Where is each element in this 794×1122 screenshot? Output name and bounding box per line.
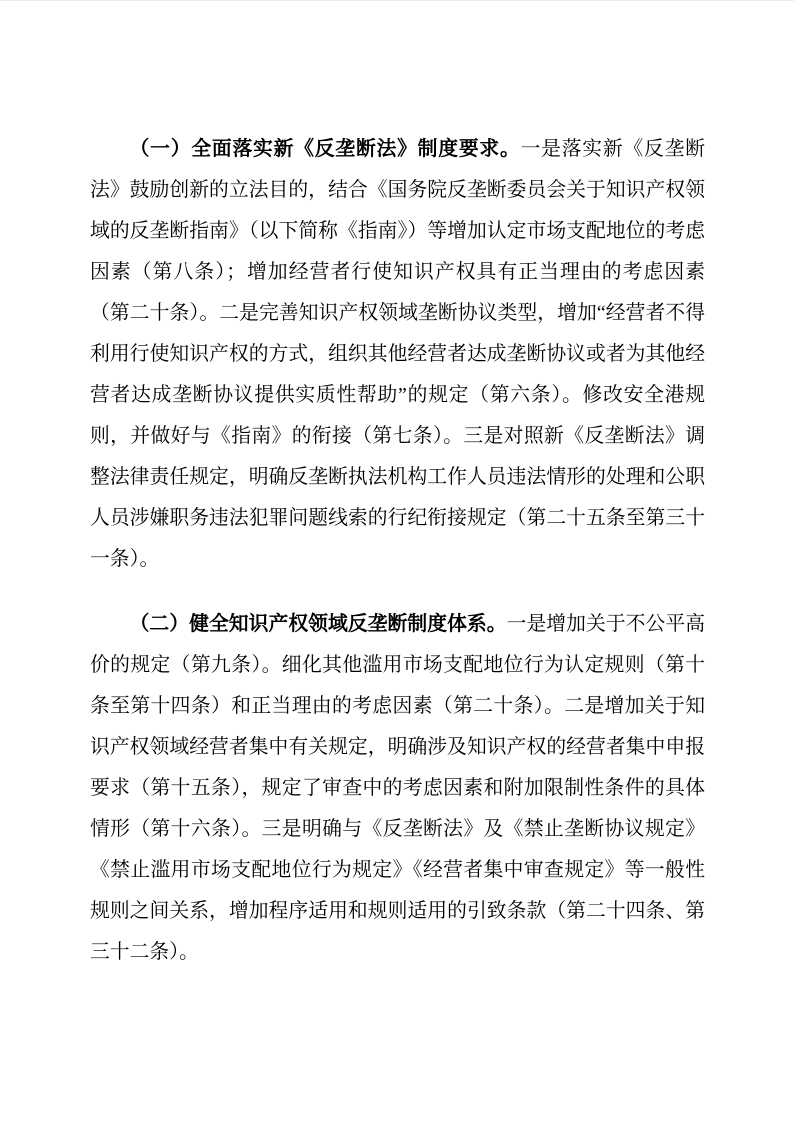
paragraph-2-heading: （二）健全知识产权领域反垄断制度体系。 xyxy=(130,613,507,635)
paragraph-1: （一）全面落实新《反垄断法》制度要求。一是落实新《反垄断法》鼓励创新的立法目的，… xyxy=(90,129,705,580)
document-content: （一）全面落实新《反垄断法》制度要求。一是落实新《反垄断法》鼓励创新的立法目的，… xyxy=(90,129,705,997)
paragraph-1-heading: （一）全面落实新《反垄断法》制度要求。 xyxy=(130,138,521,160)
document-page: （一）全面落实新《反垄断法》制度要求。一是落实新《反垄断法》鼓励创新的立法目的，… xyxy=(0,0,794,1122)
paragraph-2-body: 一是增加关于不公平高价的规定（第九条）。细化其他滥用市场支配地位行为认定规则（第… xyxy=(90,613,705,963)
paragraph-1-body: 一是落实新《反垄断法》鼓励创新的立法目的，结合《国务院反垄断委员会关于知识产权领… xyxy=(90,138,705,570)
paragraph-2: （二）健全知识产权领域反垄断制度体系。一是增加关于不公平高价的规定（第九条）。细… xyxy=(90,604,705,973)
